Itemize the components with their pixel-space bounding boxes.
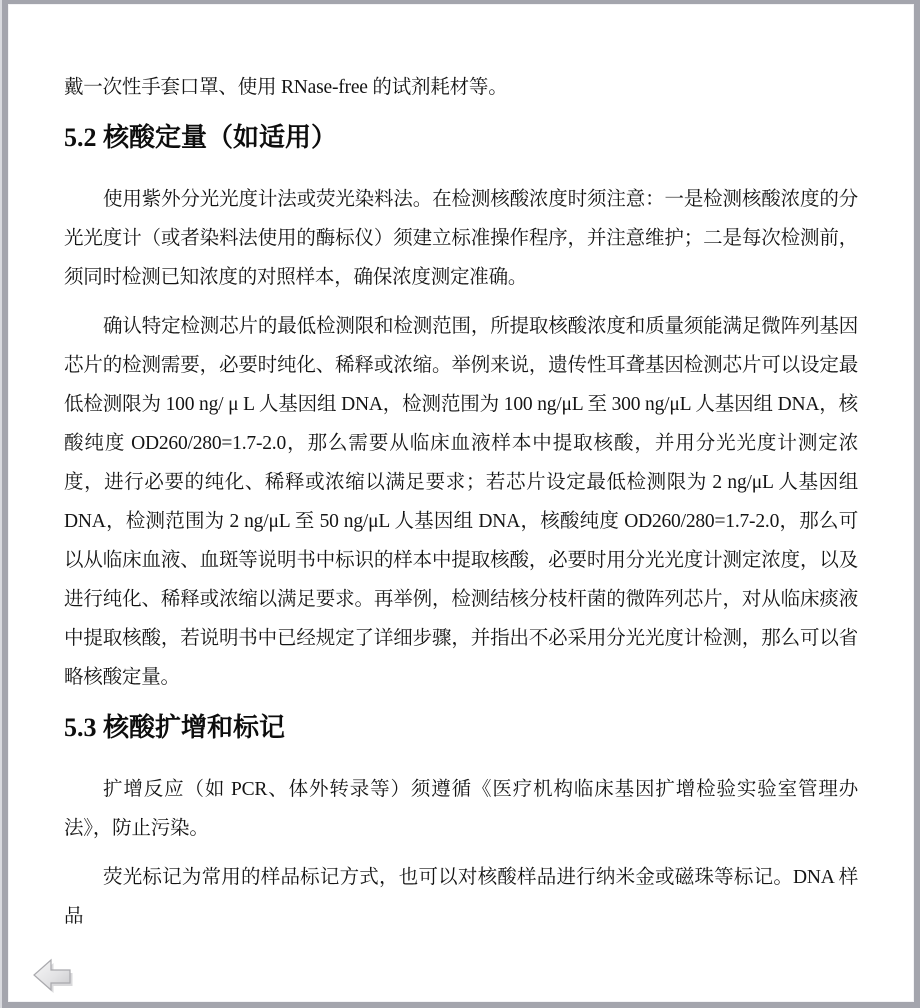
section-heading-5-2: 5.2 核酸定量（如适用） xyxy=(64,118,858,158)
paragraph: 确认特定检测芯片的最低检测限和检测范围，所提取核酸浓度和质量须能满足微阵列基因芯… xyxy=(64,307,858,697)
page-back-arrow-icon[interactable] xyxy=(32,958,74,996)
page-content: 戴一次性手套口罩、使用 RNase-free 的试剂耗材等。 5.2 核酸定量（… xyxy=(8,4,914,936)
document-page: 戴一次性手套口罩、使用 RNase-free 的试剂耗材等。 5.2 核酸定量（… xyxy=(8,4,914,1002)
paragraph: 扩增反应（如 PCR、体外转录等）须遵循《医疗机构临床基因扩增检验实验室管理办法… xyxy=(64,770,858,848)
section-heading-5-3: 5.3 核酸扩增和标记 xyxy=(64,708,858,748)
paragraph: 荧光标记为常用的样品标记方式，也可以对核酸样品进行纳米金或磁珠等标记。DNA 样… xyxy=(64,858,858,936)
paragraph-continuation: 戴一次性手套口罩、使用 RNase-free 的试剂耗材等。 xyxy=(64,68,858,107)
paragraph: 使用紫外分光光度计法或荧光染料法。在检测核酸浓度时须注意：一是检测核酸浓度的分光… xyxy=(64,180,858,297)
viewer-frame-edge xyxy=(0,0,2,1008)
